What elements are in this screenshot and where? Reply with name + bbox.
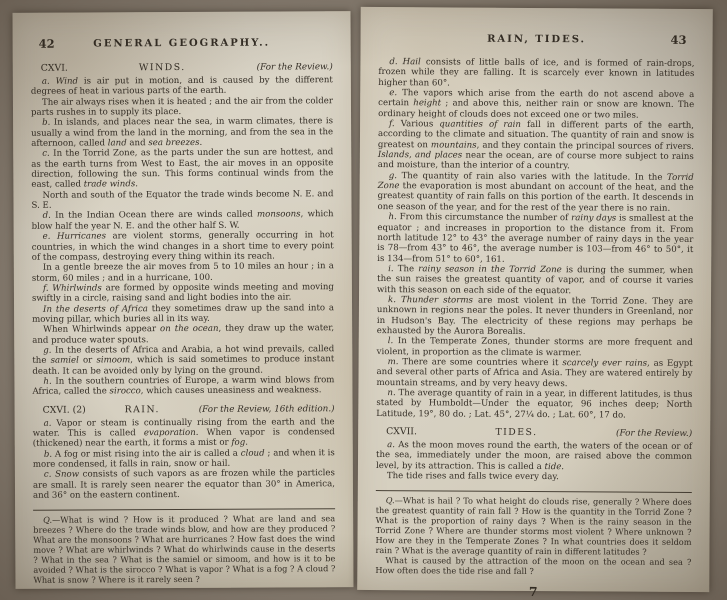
right-page-content: RAIN, TIDES. 43 d. Hail consists of litt… bbox=[357, 7, 713, 600]
paragraph: a. Wind is air put in motion, and is cau… bbox=[31, 75, 333, 97]
paragraph: k. Thunder storms are most violent in th… bbox=[377, 295, 693, 338]
tides-section-note: (For the Review.) bbox=[616, 429, 692, 439]
paragraph: North and south of the Equator the trade… bbox=[31, 189, 333, 211]
paragraph: g. The quantity of rain also varies with… bbox=[378, 171, 694, 214]
right-review-questions: Q.—What is hail ? To what height do clou… bbox=[375, 496, 691, 577]
paragraph: When Whirlwinds appear on the ocean, the… bbox=[32, 323, 334, 345]
paragraph: b. In islands, and places near the sea, … bbox=[31, 117, 333, 150]
paragraph: c. In the Torrid Zone, as the parts unde… bbox=[31, 148, 333, 191]
rain-section-note: (For the Review, 16th edition.) bbox=[199, 404, 335, 415]
paragraph: In a gentle breeze the air moves from 5 … bbox=[32, 261, 334, 283]
left-page-number: 42 bbox=[39, 37, 55, 51]
signature-mark: 7 bbox=[375, 583, 691, 600]
paragraph: In the deserts of Africa they sometimes … bbox=[32, 303, 334, 325]
tides-paragraphs: a. As the moon moves round the earth, th… bbox=[376, 440, 692, 483]
paragraph: The air always rises when it is heated ;… bbox=[31, 96, 333, 118]
tides-section-heading: CXVII. TIDES. (For the Review.) bbox=[376, 426, 692, 439]
paragraph: e. Hurricanes are violent storms, genera… bbox=[32, 230, 334, 263]
paragraph: Q.—What is wind ? How is it produced ? W… bbox=[33, 515, 335, 586]
left-questions-divider bbox=[33, 509, 335, 512]
paragraph: a. As the moon moves round the earth, th… bbox=[376, 440, 692, 473]
rain-section-heading: CXVI. (2) RAIN. (For the Review, 16th ed… bbox=[33, 403, 335, 416]
rain-paragraphs: a. Vapor or steam is continually rising … bbox=[33, 417, 335, 501]
rain-section-title: RAIN. bbox=[125, 404, 160, 415]
paragraph: m. There are some countries where it sca… bbox=[376, 357, 692, 390]
paragraph: What is caused by the attraction of the … bbox=[375, 556, 691, 578]
paragraph: Q.—What is hail ? To what height do clou… bbox=[375, 496, 691, 557]
left-running-head: GENERAL GEOGRAPHY.. bbox=[93, 38, 270, 50]
paragraph: b. A fog or mist rising into the air is … bbox=[33, 448, 335, 470]
right-running-head-row: RAIN, TIDES. 43 bbox=[379, 33, 695, 46]
tides-section-title: TIDES. bbox=[495, 427, 537, 438]
winds-section-title: WINDS. bbox=[139, 62, 186, 73]
paragraph: The tide rises and falls twice every day… bbox=[376, 471, 692, 483]
winds-section-note: (For the Review.) bbox=[257, 62, 333, 72]
winds-section-heading: CXVI. WINDS. (For the Review.) bbox=[31, 61, 333, 74]
winds-section-number: CXVI. bbox=[31, 63, 68, 74]
paragraph: i. The rainy season in the Torrid Zone i… bbox=[377, 264, 693, 297]
left-review-questions: Q.—What is wind ? How is it produced ? W… bbox=[33, 515, 335, 586]
paragraph: h. From this circumstance the number of … bbox=[377, 212, 693, 266]
left-running-head-row: 42 GENERAL GEOGRAPHY.. bbox=[31, 37, 333, 50]
rain-section-number: CXVI. (2) bbox=[33, 404, 86, 415]
paragraph: n. The average quantity of rain in a yea… bbox=[376, 388, 692, 421]
tides-section-number: CXVII. bbox=[376, 426, 417, 437]
paragraph: g. In the deserts of Africa and Arabia, … bbox=[32, 344, 334, 377]
paragraph: f. Various quantities of rain fall in di… bbox=[378, 119, 694, 173]
paragraph: e. The vapors which arise from the earth… bbox=[378, 88, 694, 121]
paragraph: l. In the Temperate Zones, thunder storm… bbox=[377, 336, 693, 359]
paragraph: d. In the Indian Ocean there are winds c… bbox=[32, 210, 334, 232]
right-questions-divider bbox=[376, 490, 692, 493]
paragraph: a. Vapor or steam is continually rising … bbox=[33, 417, 335, 450]
winds-paragraphs: a. Wind is air put in motion, and is cau… bbox=[31, 75, 335, 397]
paragraph: c. Snow consists of such vapors as are f… bbox=[33, 469, 335, 502]
left-page: 42 GENERAL GEOGRAPHY.. CXVI. WINDS. (For… bbox=[12, 11, 353, 589]
paragraph: d. Hail consists of little balls of ice,… bbox=[378, 57, 694, 90]
right-running-head: RAIN, TIDES. bbox=[487, 34, 586, 46]
rain-continuation-paragraphs: d. Hail consists of little balls of ice,… bbox=[376, 57, 694, 421]
paragraph: h. In the southern countries of Europe, … bbox=[32, 375, 334, 397]
right-page-number: 43 bbox=[671, 33, 687, 47]
right-page: RAIN, TIDES. 43 d. Hail consists of litt… bbox=[357, 7, 713, 592]
left-page-content: 42 GENERAL GEOGRAPHY.. CXVI. WINDS. (For… bbox=[12, 11, 353, 586]
paragraph: f. Whirlwinds are formed by opposite win… bbox=[32, 282, 334, 304]
